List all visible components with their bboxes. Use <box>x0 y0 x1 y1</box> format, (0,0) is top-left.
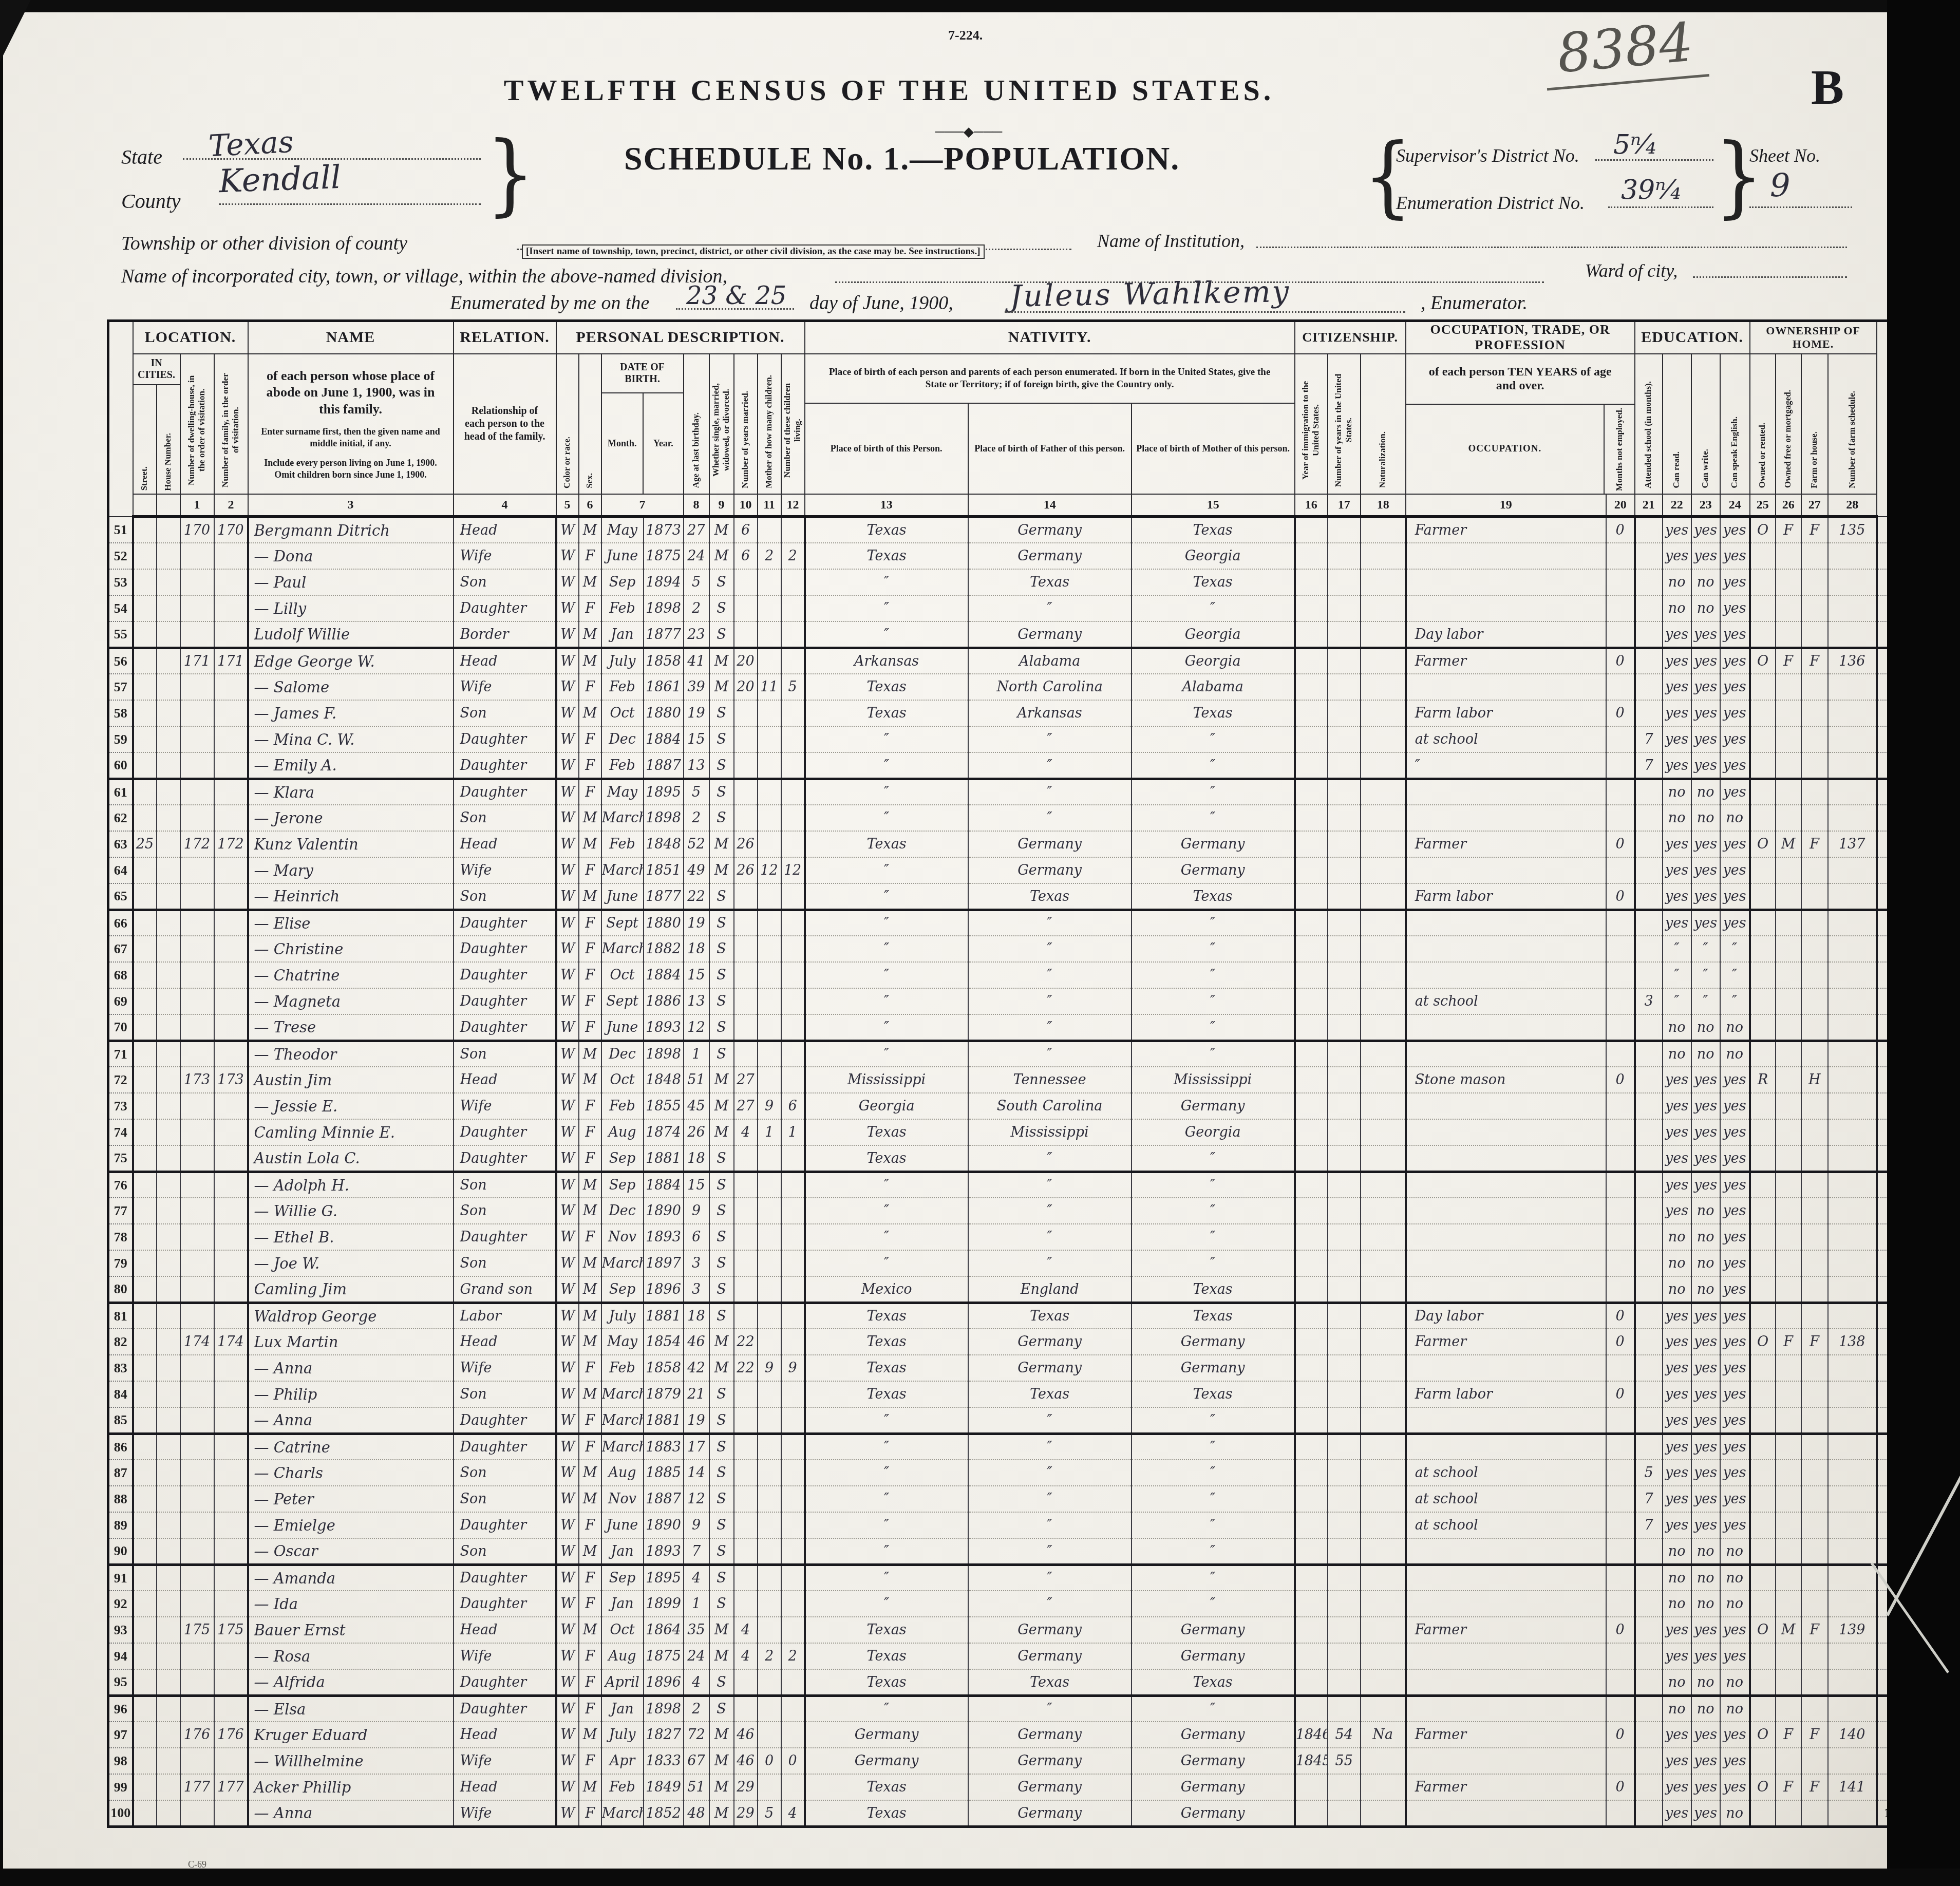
cell-relation: Wife <box>454 1800 556 1826</box>
sheet-label: Sheet No. <box>1749 145 1820 166</box>
cell-color: W <box>556 1067 579 1093</box>
cell-farm_schedule <box>1828 1564 1877 1591</box>
table-row: 91— AmandaDaughterWFSep18954S″″″nonono91 <box>108 1564 1912 1591</box>
cell-birthplace: Texas <box>805 831 968 857</box>
cell-father_birthplace: Texas <box>968 569 1132 595</box>
cell-mother_of: 12 <box>758 857 781 883</box>
cell-months_not_employed <box>1606 595 1635 621</box>
cell-immigration_year <box>1295 1067 1328 1093</box>
cell-color: W <box>556 1564 579 1591</box>
cell-name: Camling Minnie E. <box>248 1119 454 1145</box>
cell-color: W <box>556 1434 579 1460</box>
cell-farm_schedule <box>1828 1381 1877 1407</box>
cell-occupation <box>1406 1748 1606 1774</box>
cell-years_in_us <box>1328 1067 1361 1093</box>
table-row: 83— AnnaWifeWFFeb185842M2299TexasGermany… <box>108 1355 1912 1381</box>
cell-school_months <box>1635 1434 1663 1460</box>
cell-years_in_us <box>1328 805 1361 831</box>
colnum-20: 20 <box>1606 494 1635 517</box>
cell-speaks_english: no <box>1720 1538 1750 1564</box>
cell-years_married <box>734 1014 758 1041</box>
cell-name: — Anna <box>248 1355 454 1381</box>
cell-can_read: no <box>1663 1669 1691 1695</box>
cell-dob_year: 1893 <box>644 1538 684 1564</box>
cell-months_not_employed <box>1606 1460 1635 1486</box>
district-close-brace: } <box>1714 125 1763 228</box>
cell-immigration_year <box>1295 1276 1328 1303</box>
cell-owned_rented <box>1750 595 1776 621</box>
cell-line: 57 <box>108 674 133 700</box>
cell-years_in_us <box>1328 1407 1361 1434</box>
cell-line: 56 <box>108 648 133 674</box>
cell-farm_or_house <box>1801 674 1828 700</box>
cell-owned_rented <box>1750 543 1776 569</box>
cell-speaks_english: yes <box>1720 595 1750 621</box>
cell-age: 12 <box>684 1486 709 1512</box>
cell-name: Kruger Eduard <box>248 1722 454 1748</box>
cell-months_not_employed <box>1606 1800 1635 1826</box>
cell-color: W <box>556 1381 579 1407</box>
cell-name: Edge George W. <box>248 648 454 674</box>
cell-school_months <box>1635 1145 1663 1172</box>
cell-months_not_employed <box>1606 1276 1635 1303</box>
cell-years_married: 22 <box>734 1329 758 1355</box>
cell-speaks_english: yes <box>1720 1067 1750 1093</box>
cell-mother_of <box>758 1538 781 1564</box>
table-row: 89— EmielgeDaughterWFJune18909S″″″at sch… <box>108 1512 1912 1538</box>
cell-birthplace: ″ <box>805 595 968 621</box>
cell-occupation: Day labor <box>1406 621 1606 648</box>
cell-name: — Heinrich <box>248 883 454 910</box>
cell-speaks_english: no <box>1720 1695 1750 1722</box>
cell-owned_rented: R <box>1750 1067 1776 1093</box>
cell-birthplace: Texas <box>805 700 968 726</box>
cell-street <box>133 988 157 1014</box>
cell-school_months <box>1635 621 1663 648</box>
cell-children_living: 9 <box>781 1355 805 1381</box>
cell-can_read: yes <box>1663 1329 1691 1355</box>
cell-months_not_employed <box>1606 805 1635 831</box>
cell-family <box>214 883 248 910</box>
cell-can_write: no <box>1691 1014 1720 1041</box>
cell-color: W <box>556 1695 579 1722</box>
cell-relation: Son <box>454 805 556 831</box>
cell-years_in_us <box>1328 1329 1361 1355</box>
cell-can_read: no <box>1663 779 1691 805</box>
cell-family <box>214 543 248 569</box>
cell-street <box>133 1381 157 1407</box>
cell-owned_rented <box>1750 1250 1776 1276</box>
cell-family <box>214 1538 248 1564</box>
cell-name: — Trese <box>248 1014 454 1041</box>
cell-mother_of <box>758 1381 781 1407</box>
cell-years_in_us <box>1328 1224 1361 1250</box>
cell-can_read: yes <box>1663 1067 1691 1093</box>
cell-months_not_employed <box>1606 1538 1635 1564</box>
cell-sex: F <box>579 910 601 936</box>
cell-name: — Jerone <box>248 805 454 831</box>
cell-speaks_english: yes <box>1720 1303 1750 1329</box>
cell-speaks_english: yes <box>1720 543 1750 569</box>
cell-dwelling <box>180 1538 214 1564</box>
cell-dwelling <box>180 1145 214 1172</box>
cell-color: W <box>556 700 579 726</box>
cell-farm_or_house <box>1801 1303 1828 1329</box>
cell-mother_of <box>758 1041 781 1067</box>
cell-relation: Head <box>454 648 556 674</box>
cell-mother_birthplace: Texas <box>1132 883 1295 910</box>
cell-name: — Charls <box>248 1460 454 1486</box>
cell-children_living <box>781 621 805 648</box>
cell-name: Waldrop George <box>248 1303 454 1329</box>
cell-father_birthplace: Texas <box>968 883 1132 910</box>
cell-can_read: yes <box>1663 700 1691 726</box>
cell-age: 2 <box>684 1695 709 1722</box>
cell-line: 98 <box>108 1748 133 1774</box>
cell-dob_month: March <box>601 857 644 883</box>
cell-can_read: yes <box>1663 1800 1691 1826</box>
cell-children_living <box>781 752 805 779</box>
cell-free_mortgaged <box>1776 857 1801 883</box>
cell-dob_month: Nov <box>601 1486 644 1512</box>
cell-street <box>133 752 157 779</box>
cell-mother_of <box>758 726 781 752</box>
cell-dob_year: 1848 <box>644 1067 684 1093</box>
cell-years_in_us <box>1328 1303 1361 1329</box>
cell-color: W <box>556 831 579 857</box>
cell-name: — Klara <box>248 779 454 805</box>
cell-children_living: 5 <box>781 674 805 700</box>
cell-name: — Alfrida <box>248 1669 454 1695</box>
cell-farm_or_house <box>1801 1591 1828 1617</box>
cell-birthplace: ″ <box>805 1512 968 1538</box>
cell-years_in_us <box>1328 569 1361 595</box>
cell-marital: S <box>709 988 734 1014</box>
name-desc-2: Enter surname first, then the given name… <box>249 422 453 453</box>
cell-age: 39 <box>684 674 709 700</box>
cell-dob_month: Aug <box>601 1460 644 1486</box>
enumerated-prefix: Enumerated by me on the <box>450 292 649 314</box>
cell-dob_year: 1852 <box>644 1800 684 1826</box>
cell-farm_schedule <box>1828 988 1877 1014</box>
cell-months_not_employed <box>1606 962 1635 988</box>
cell-family <box>214 1381 248 1407</box>
cell-can_read: ″ <box>1663 988 1691 1014</box>
cell-immigration_year <box>1295 1538 1328 1564</box>
cell-father_birthplace: Germany <box>968 621 1132 648</box>
cell-sex: F <box>579 936 601 962</box>
cell-color: W <box>556 1303 579 1329</box>
page-letter: B <box>1811 59 1844 116</box>
cell-street <box>133 1695 157 1722</box>
cell-farm_or_house <box>1801 621 1828 648</box>
cell-can_write: yes <box>1691 1617 1720 1643</box>
cell-age: 17 <box>684 1434 709 1460</box>
cell-farm_or_house <box>1801 1695 1828 1722</box>
cell-name: Kunz Valentin <box>248 831 454 857</box>
cell-naturalization <box>1361 910 1406 936</box>
cell-age: 1 <box>684 1591 709 1617</box>
dob-month-label: Month. <box>602 393 643 494</box>
cell-owned_rented <box>1750 1460 1776 1486</box>
table-row: 71— TheodorSonWMDec18981S″″″nonono71 <box>108 1041 1912 1067</box>
cell-relation: Daughter <box>454 1512 556 1538</box>
cell-marital: S <box>709 1250 734 1276</box>
cell-school_months <box>1635 1538 1663 1564</box>
cell-relation: Daughter <box>454 1564 556 1591</box>
cell-dob_year: 1864 <box>644 1617 684 1643</box>
cell-free_mortgaged <box>1776 883 1801 910</box>
cell-mother_of: 2 <box>758 543 781 569</box>
cell-family <box>214 1460 248 1486</box>
cell-free_mortgaged <box>1776 569 1801 595</box>
table-row: 54— LillyDaughterWFFeb18982S″″″nonoyes54 <box>108 595 1912 621</box>
cell-age: 9 <box>684 1512 709 1538</box>
cell-children_living <box>781 700 805 726</box>
cell-children_living <box>781 1774 805 1800</box>
cell-birthplace: Germany <box>805 1748 968 1774</box>
cell-can_write: no <box>1691 569 1720 595</box>
cell-can_read: no <box>1663 1564 1691 1591</box>
school-header: Attended school (in months). <box>1635 354 1663 495</box>
cell-naturalization <box>1361 1407 1406 1434</box>
cell-farm_schedule <box>1828 1224 1877 1250</box>
table-row: 70— TreseDaughterWFJune189312S″″″nonono7… <box>108 1014 1912 1041</box>
table-row: 60— Emily A.DaughterWFFeb188713S″″″″7yes… <box>108 752 1912 779</box>
cell-can_write: no <box>1691 1669 1720 1695</box>
cell-color: W <box>556 1617 579 1643</box>
cell-dwelling <box>180 910 214 936</box>
cell-children_living <box>781 1276 805 1303</box>
cell-occupation <box>1406 805 1606 831</box>
cell-mother_birthplace: ″ <box>1132 1564 1295 1591</box>
cell-free_mortgaged <box>1776 910 1801 936</box>
cell-family <box>214 1512 248 1538</box>
cell-dob_year: 1849 <box>644 1774 684 1800</box>
cell-children_living: 6 <box>781 1093 805 1119</box>
cell-line: 100 <box>108 1800 133 1826</box>
cell-months_not_employed <box>1606 988 1635 1014</box>
cell-age: 2 <box>684 595 709 621</box>
cell-farm_schedule <box>1828 1434 1877 1460</box>
group-relation: RELATION. <box>454 321 556 354</box>
cell-father_birthplace: ″ <box>968 1538 1132 1564</box>
cell-family: 177 <box>214 1774 248 1800</box>
cell-children_living: 0 <box>781 1748 805 1774</box>
cell-naturalization <box>1361 936 1406 962</box>
cell-sex: F <box>579 1014 601 1041</box>
cell-owned_rented <box>1750 1669 1776 1695</box>
cell-owned_rented <box>1750 1381 1776 1407</box>
cell-children_living <box>781 883 805 910</box>
cell-school_months <box>1635 779 1663 805</box>
cell-line: 94 <box>108 1643 133 1669</box>
cell-farm_or_house <box>1801 1486 1828 1512</box>
cell-can_read: yes <box>1663 1617 1691 1643</box>
cell-naturalization <box>1361 648 1406 674</box>
cell-naturalization <box>1361 1695 1406 1722</box>
cell-farm_schedule: 138 <box>1828 1329 1877 1355</box>
cell-father_birthplace: ″ <box>968 1434 1132 1460</box>
cell-occupation: Farm labor <box>1406 700 1606 726</box>
cell-dwelling <box>180 1695 214 1722</box>
table-row: 81Waldrop GeorgeLaborWMJuly188118STexasT… <box>108 1303 1912 1329</box>
cell-naturalization <box>1361 595 1406 621</box>
cell-street <box>133 569 157 595</box>
cell-naturalization: Na <box>1361 1722 1406 1748</box>
cell-school_months <box>1635 1355 1663 1381</box>
cell-can_write: ″ <box>1691 988 1720 1014</box>
ward-blank <box>1693 268 1847 278</box>
cell-dob_month: March <box>601 936 644 962</box>
cell-owned_rented: O <box>1750 648 1776 674</box>
cell-years_in_us <box>1328 857 1361 883</box>
cell-years_in_us <box>1328 1460 1361 1486</box>
cell-marital: S <box>709 1512 734 1538</box>
cell-can_read: yes <box>1663 1722 1691 1748</box>
cell-farm_schedule <box>1828 1172 1877 1198</box>
cell-years_married <box>734 1695 758 1722</box>
cell-years_married <box>734 1538 758 1564</box>
township-label: Township or other division of county <box>121 232 407 255</box>
cell-mother_birthplace: Germany <box>1132 1643 1295 1669</box>
cell-family <box>214 910 248 936</box>
cell-line: 62 <box>108 805 133 831</box>
cell-birthplace: ″ <box>805 936 968 962</box>
cell-mother_of: 5 <box>758 1800 781 1826</box>
cell-dob_month: March <box>601 805 644 831</box>
cell-sex: F <box>579 543 601 569</box>
cell-dob_year: 1877 <box>644 883 684 910</box>
cell-can_write: no <box>1691 1695 1720 1722</box>
cell-years_in_us <box>1328 962 1361 988</box>
cell-owned_rented <box>1750 752 1776 779</box>
cell-immigration_year <box>1295 1617 1328 1643</box>
cell-sex: M <box>579 1041 601 1067</box>
cell-naturalization <box>1361 831 1406 857</box>
cell-house <box>157 1748 180 1774</box>
cell-marital: S <box>709 1145 734 1172</box>
cell-father_birthplace: Germany <box>968 543 1132 569</box>
cell-children_living <box>781 1250 805 1276</box>
cell-dob_month: Feb <box>601 595 644 621</box>
cell-mother_of <box>758 1145 781 1172</box>
cell-owned_rented <box>1750 726 1776 752</box>
cell-school_months <box>1635 674 1663 700</box>
cell-age: 22 <box>684 883 709 910</box>
cell-street <box>133 1774 157 1800</box>
cell-marital: M <box>709 543 734 569</box>
cell-father_birthplace: ″ <box>968 1041 1132 1067</box>
cell-dob_month: May <box>601 1329 644 1355</box>
cell-marital: M <box>709 1093 734 1119</box>
cell-owned_rented <box>1750 883 1776 910</box>
cell-family <box>214 936 248 962</box>
cell-dob_year: 1882 <box>644 936 684 962</box>
cell-marital: S <box>709 883 734 910</box>
colnum-17: 17 <box>1328 494 1361 517</box>
cell-age: 3 <box>684 1250 709 1276</box>
cell-farm_or_house <box>1801 857 1828 883</box>
cell-years_in_us <box>1328 1381 1361 1407</box>
cell-can_write: yes <box>1691 1512 1720 1538</box>
cell-years_married <box>734 1407 758 1434</box>
cell-owned_rented <box>1750 1119 1776 1145</box>
cell-years_married <box>734 779 758 805</box>
cell-school_months <box>1635 857 1663 883</box>
cell-immigration_year <box>1295 595 1328 621</box>
cell-speaks_english: yes <box>1720 1617 1750 1643</box>
cell-speaks_english: yes <box>1720 726 1750 752</box>
cell-sex: M <box>579 1276 601 1303</box>
cell-farm_schedule <box>1828 910 1877 936</box>
cell-birthplace: ″ <box>805 1460 968 1486</box>
cell-years_in_us <box>1328 1276 1361 1303</box>
english-header: Can speak English. <box>1720 354 1750 495</box>
cell-can_read: yes <box>1663 1198 1691 1224</box>
cell-years_married <box>734 726 758 752</box>
cell-owned_rented <box>1750 1643 1776 1669</box>
cell-mother_birthplace: Texas <box>1132 1669 1295 1695</box>
sex-header: Sex. <box>579 354 601 495</box>
cell-dob_year: 1896 <box>644 1669 684 1695</box>
cell-dob_year: 1885 <box>644 1460 684 1486</box>
cell-free_mortgaged <box>1776 1407 1801 1434</box>
cell-street <box>133 1119 157 1145</box>
cell-school_months <box>1635 517 1663 543</box>
cell-dob_month: July <box>601 648 644 674</box>
cell-name: — Mina C. W. <box>248 726 454 752</box>
cell-months_not_employed <box>1606 1250 1635 1276</box>
cell-immigration_year <box>1295 962 1328 988</box>
census-table-header: LOCATION. NAME RELATION. PERSONAL DESCRI… <box>108 321 1912 517</box>
cell-father_birthplace: ″ <box>968 962 1132 988</box>
cell-house <box>157 752 180 779</box>
cell-line: 97 <box>108 1722 133 1748</box>
cell-birthplace: ″ <box>805 1041 968 1067</box>
cell-naturalization <box>1361 1800 1406 1826</box>
cell-years_married <box>734 1198 758 1224</box>
cell-can_write: no <box>1691 779 1720 805</box>
cell-dob_year: 1884 <box>644 1172 684 1198</box>
cell-can_read: yes <box>1663 621 1691 648</box>
nativity-description: Place of birth of each person and parent… <box>805 354 1295 495</box>
cell-name: Camling Jim <box>248 1276 454 1303</box>
supervisor-blank <box>1595 151 1713 161</box>
cell-can_write: yes <box>1691 1303 1720 1329</box>
cell-family: 171 <box>214 648 248 674</box>
cell-immigration_year: 1845 <box>1295 1748 1328 1774</box>
cell-speaks_english: yes <box>1720 1198 1750 1224</box>
cell-free_mortgaged <box>1776 1119 1801 1145</box>
cell-naturalization <box>1361 883 1406 910</box>
cell-sex: M <box>579 1381 601 1407</box>
cell-dwelling <box>180 700 214 726</box>
table-row: 100— AnnaWifeWFMarch185248M2954TexasGerm… <box>108 1800 1912 1826</box>
years-married-header: Number of years married. <box>734 354 758 495</box>
write-header: Can write. <box>1691 354 1720 495</box>
cell-can_read: yes <box>1663 726 1691 752</box>
cell-father_birthplace: ″ <box>968 1695 1132 1722</box>
cell-sex: M <box>579 805 601 831</box>
cell-farm_or_house <box>1801 1748 1828 1774</box>
cell-dob_year: 1883 <box>644 1434 684 1460</box>
cell-immigration_year <box>1295 569 1328 595</box>
cell-years_in_us <box>1328 621 1361 648</box>
cell-house <box>157 1434 180 1460</box>
cell-farm_or_house <box>1801 1434 1828 1460</box>
cell-farm_schedule <box>1828 1486 1877 1512</box>
